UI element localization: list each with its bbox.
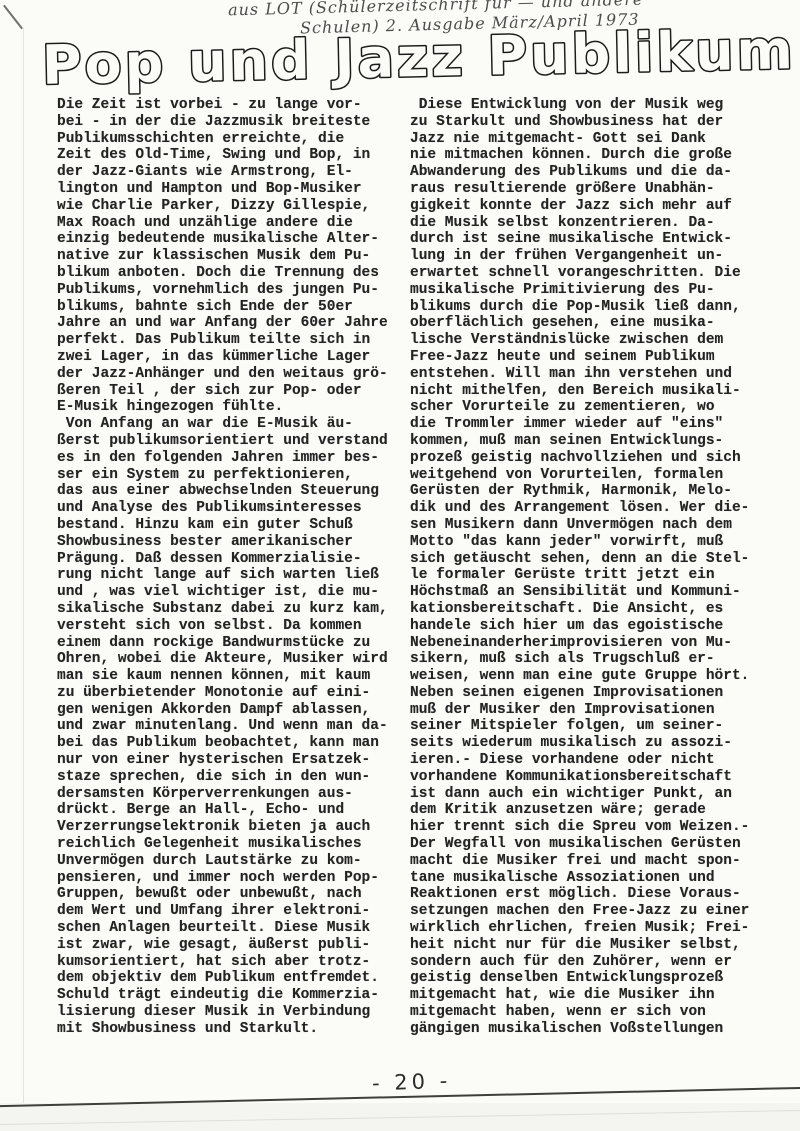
article-left-column: Die Zeit ist vorbei - zu lange vor- bei … <box>57 97 388 1038</box>
page-title: Pop und Jazz Publikum <box>41 18 796 97</box>
scan-corner-artifact <box>3 5 23 30</box>
scanned-page: aus LOT (Schülerzeitschrift für — und an… <box>0 0 800 1131</box>
scan-left-margin-line <box>23 28 24 1103</box>
page-number: - 20 - <box>372 1069 452 1096</box>
page-title-art: Pop und Jazz Publikum <box>39 10 800 110</box>
article-right-column: Diese Entwicklung von der Musik weg zu S… <box>410 97 749 1038</box>
